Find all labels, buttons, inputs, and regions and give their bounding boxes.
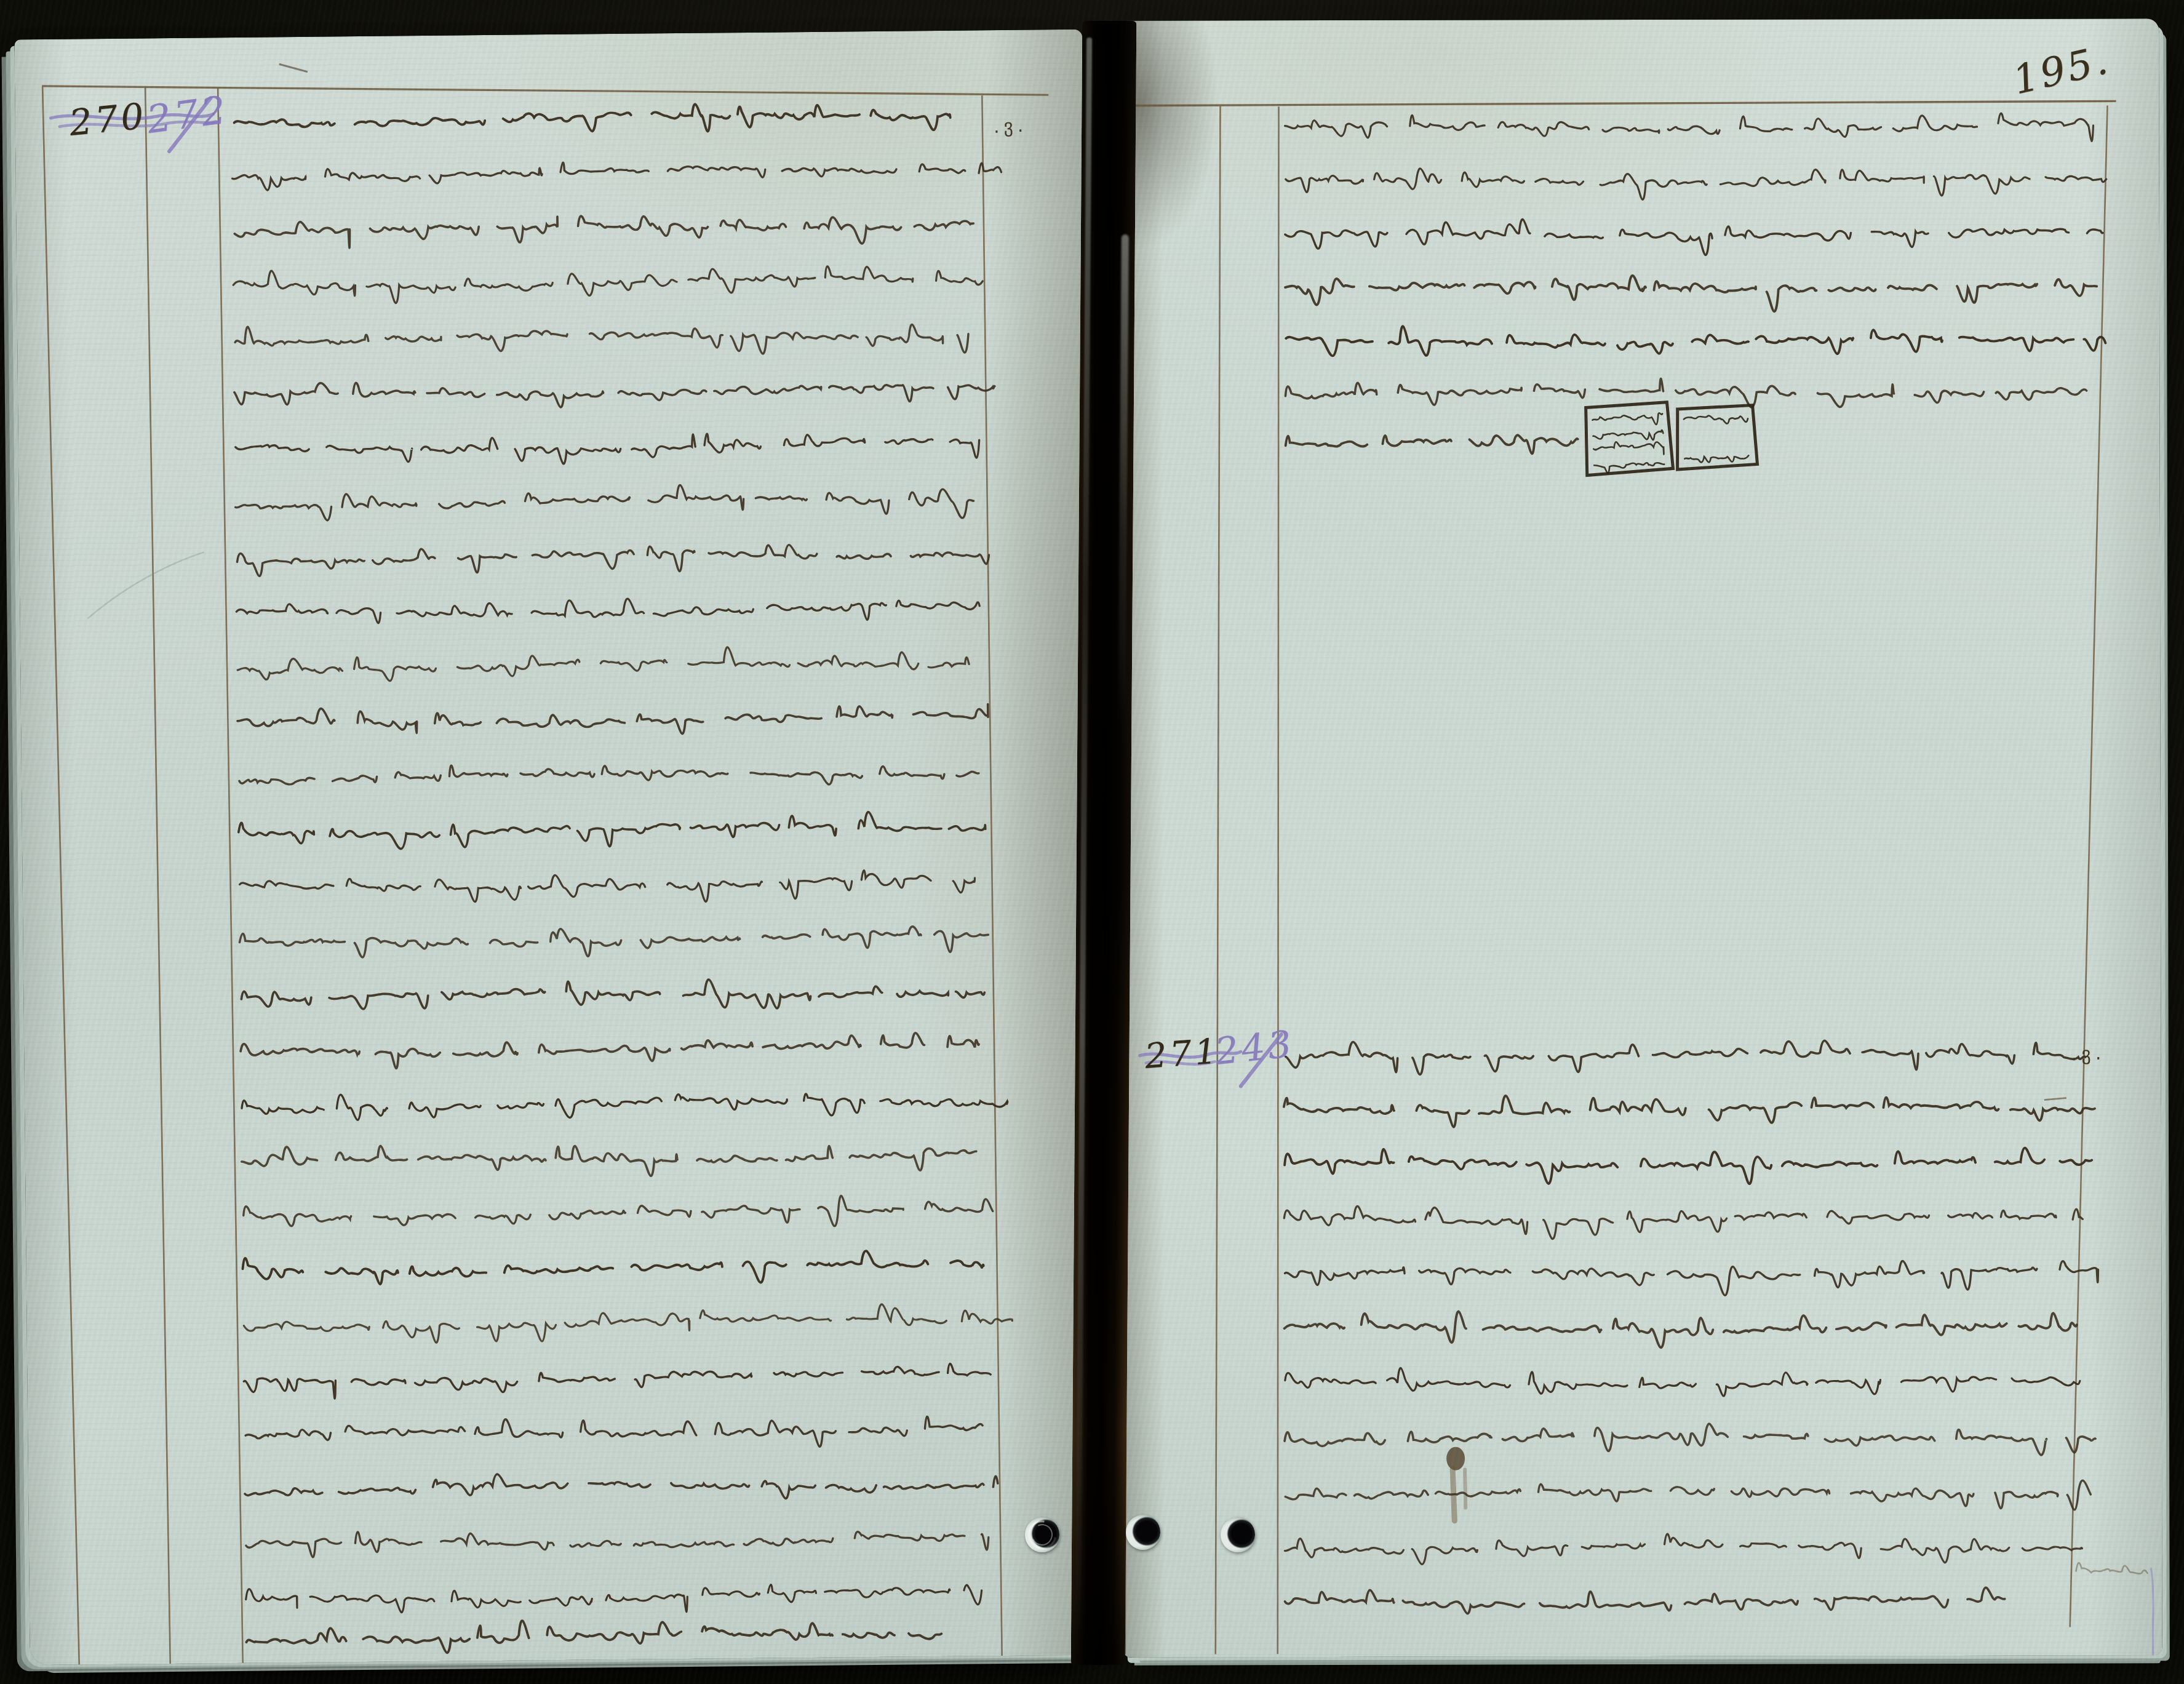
handwriting-line [1285,1480,2090,1511]
right-page-ruling-and-handwriting [1120,18,2162,1658]
ink-drip [1465,1470,1465,1508]
handwriting-line [239,925,988,960]
handwriting-line [1284,1095,2095,1127]
handwriting-line [237,543,989,576]
handwriting-line [1285,1310,2077,1348]
punch-hole [1221,1517,1255,1552]
left-page-handwriting [231,102,1015,1655]
ruled-lines [42,57,1064,1665]
handwriting-line [246,1526,989,1558]
handwriting-line [244,1303,1012,1344]
note-box-text-row [1592,413,1663,427]
handwriting-line [233,264,982,305]
top-rule [1129,101,2116,105]
handwriting-line [239,760,979,790]
handwriting-line [1285,218,2103,256]
column-rule [1275,106,1282,1654]
note-box-text-row [1593,430,1663,442]
handwriting-line [235,482,974,525]
left-page-ruling-and-handwriting [14,30,1098,1666]
handwriting-line [1285,1423,2095,1457]
handwriting-line [245,1469,998,1504]
handwriting-line [241,977,984,1013]
handwriting-line [242,1088,1008,1122]
book-gutter-binding [1071,21,1137,1665]
ink-smudge [1446,1447,1465,1471]
handwriting-line [244,1363,990,1400]
entry-number-revised: 243 [1213,1026,1296,1071]
note-box-text-row [1684,415,1748,425]
handwriting-line [1285,378,2086,409]
handwriting-line [1285,1533,2082,1565]
note-box [1676,405,1758,469]
violet-edge-stroke [2151,1568,2154,1658]
handwriting-line [1285,113,2094,143]
handwriting-line [1286,435,1578,454]
handwriting-line [1285,1587,2005,1614]
right-page: 195. 271 243 .ვ. [1120,18,2162,1658]
punch-hole [1126,1515,1160,1550]
note-box-text-row [1593,440,1664,457]
handwriting-line [234,377,995,410]
entry-number-revised: 272 [145,90,231,139]
handwritten-note-boxes [1585,402,1758,475]
margin-rule [2067,105,2111,1627]
ruled-lines [1122,101,2154,1658]
handwriting-line [1285,1367,2080,1397]
handwriting-line [246,1617,941,1655]
handwriting-line [245,1415,982,1452]
handwriting-line [236,596,979,626]
stray-ink-mark [279,64,308,72]
note-box-border [1676,405,1758,469]
column-rule [218,88,243,1663]
left-margin-annotation: .ვ. [993,117,1028,137]
handwriting-line [1285,1261,2098,1296]
handwriting-line [1286,325,2105,356]
column-rule [145,87,170,1664]
handwriting-line [241,1032,979,1070]
handwriting-line [237,645,969,682]
handwriting-line [232,158,1001,190]
handwriting-line [234,102,950,137]
handwriting-line [235,320,968,360]
right-margin-annotation: .ვ. [2071,1044,2106,1064]
handwriting-line [234,212,973,250]
paper-crease [87,552,204,618]
column-rule [42,87,79,1665]
note-box-text-row [1684,455,1748,463]
handwriting-line [1285,274,2097,312]
margin-rule [982,95,1002,1656]
handwriting-line [239,811,986,850]
handwriting-line [1285,1147,2092,1184]
handwriting-line [242,1250,983,1287]
handwriting-line [242,1140,976,1179]
handwriting-line [236,431,979,467]
entry-number-original: 270 [68,98,148,141]
handwriting-line [246,1582,982,1616]
entry-number-original: 271 [1144,1034,1221,1074]
left-page: 270 272 .ვ. [14,30,1098,1666]
manuscript-book-scan: 270 272 .ვ. 195. 271 243 .ვ. [0,0,2184,1684]
handwriting-line [1286,1040,2086,1075]
handwriting-line [244,1194,993,1232]
handwriting-line [239,869,974,906]
note-box [1585,402,1673,475]
handwriting-line [1284,1205,2082,1240]
margin-tick [2044,1098,2066,1100]
right-page-handwriting [1282,113,2148,1614]
column-rule [1213,106,1224,1654]
faint-overflow-word [2076,1563,2147,1574]
handwriting-line [237,702,988,738]
handwriting-line [1286,167,2106,201]
punch-hole [1025,1517,1059,1552]
